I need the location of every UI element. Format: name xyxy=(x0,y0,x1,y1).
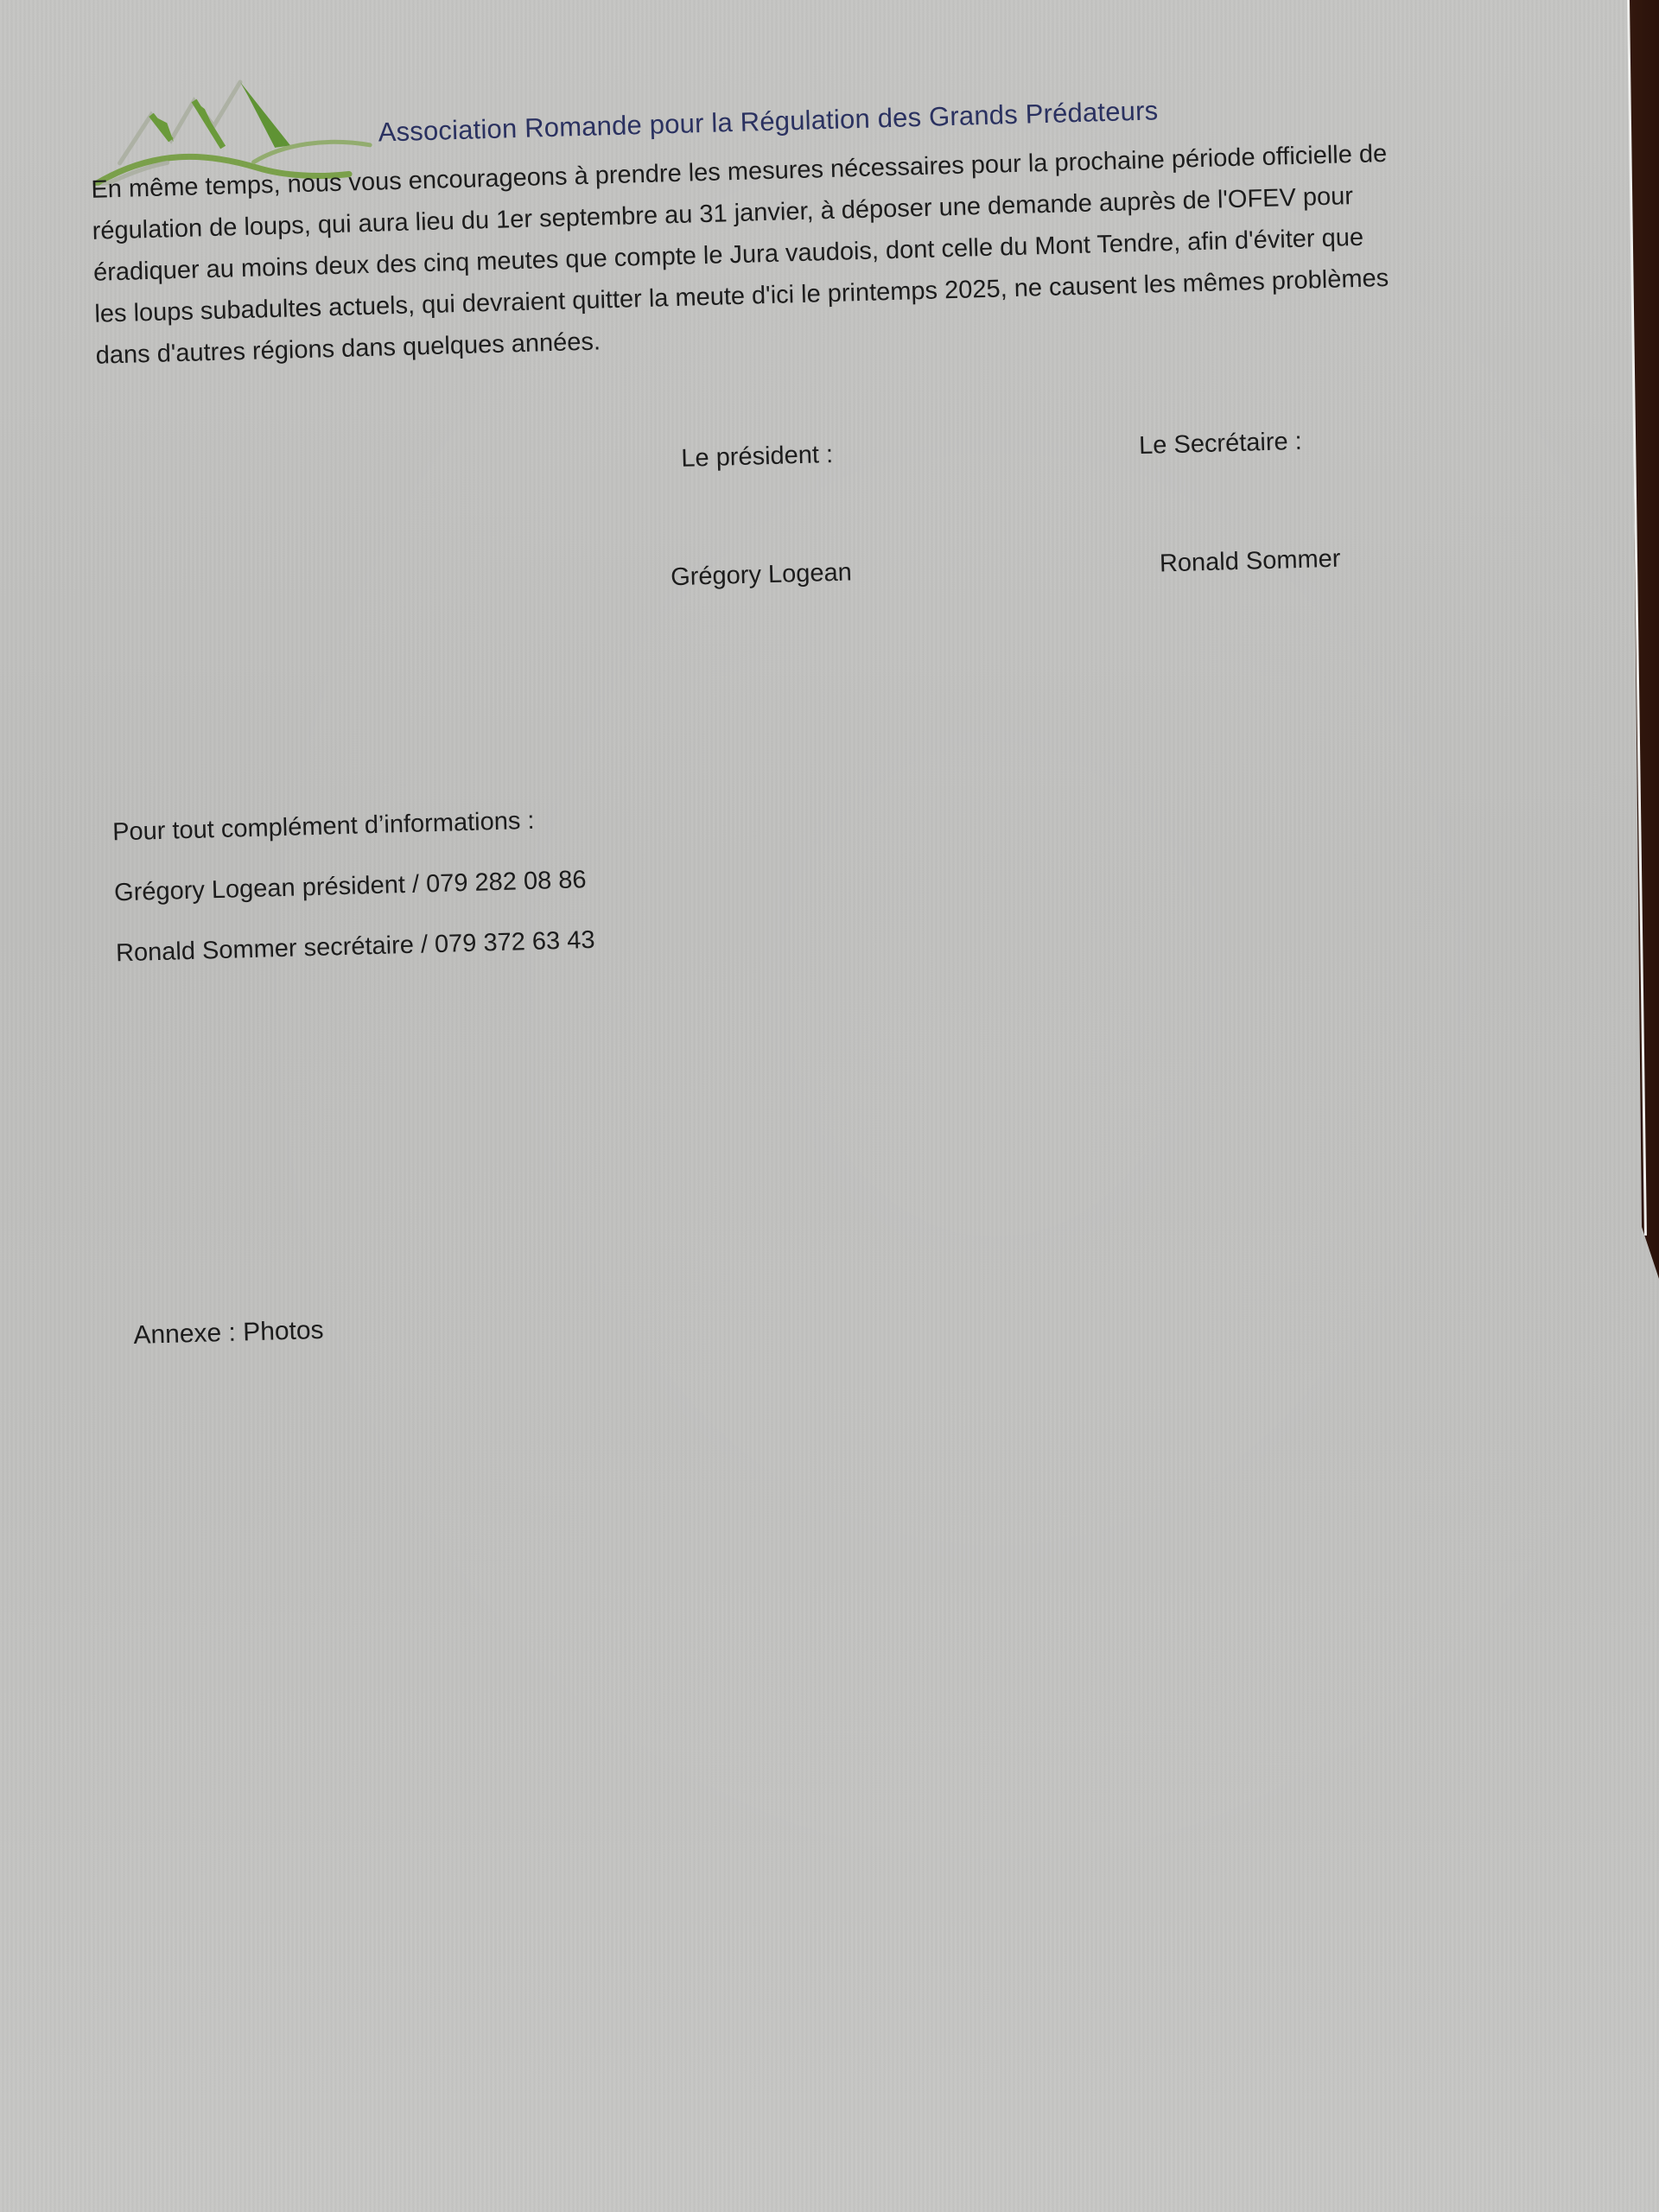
contact-entry-secretary: Ronald Sommer secrétaire / 079 372 63 43 xyxy=(116,926,596,1000)
president-signature-label: Le président : xyxy=(681,441,834,474)
organization-name: Association Romande pour la Régulation d… xyxy=(378,95,1159,148)
letter-body: En même temps, nous vous encourageons à … xyxy=(91,129,1556,377)
secretary-name: Ronald Sommer xyxy=(1160,545,1341,579)
president-name: Grégory Logean xyxy=(671,558,852,592)
contact-block: Pour tout complément d’informations : Gr… xyxy=(112,805,596,1000)
annex-note: Annexe : Photos xyxy=(133,1316,324,1351)
letter-content: Association Romande pour la Régulation d… xyxy=(0,0,1659,2212)
secretary-signature-label: Le Secrétaire : xyxy=(1139,428,1302,461)
